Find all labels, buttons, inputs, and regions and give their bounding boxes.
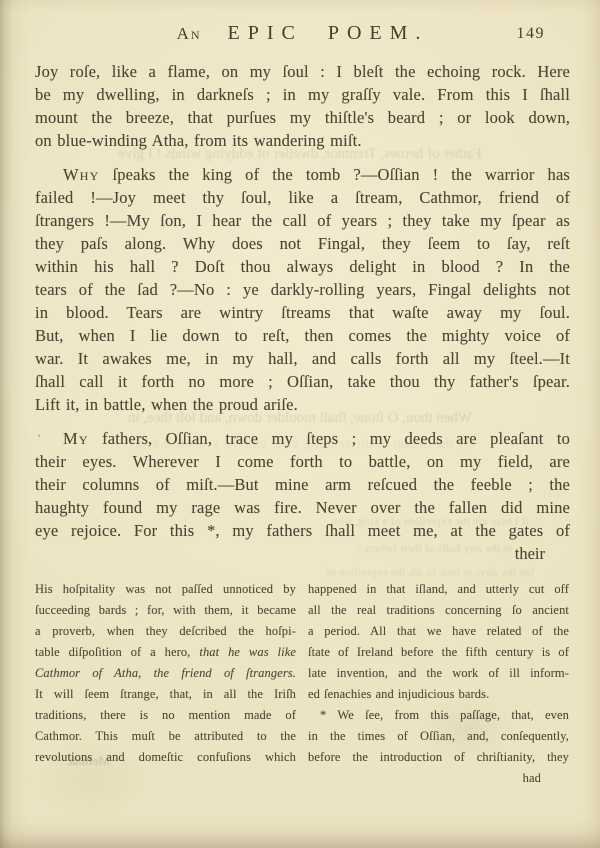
text-line: Joy roſe, like a flame, on my ſoul : I b… xyxy=(35,60,570,83)
text-line: traditions, there is no mention made of xyxy=(35,705,296,726)
text-line: their eyes. Wherever I come forth to bat… xyxy=(35,450,570,473)
text-line: tears of the ſad ?—No : ye darkly-rollin… xyxy=(35,278,570,301)
lead-word: Why xyxy=(63,165,100,184)
text-line: on blue-winding Atha, from its wandering… xyxy=(35,129,570,152)
text-line: Cathmor of Atha, the friend of ſtrangers… xyxy=(35,663,296,684)
main-text: Joy roſe, like a flame, on my ſoul : I b… xyxy=(35,60,570,542)
text-run: revolutions and domeſtic confuſions whic… xyxy=(35,750,296,764)
text-line: in blood. Tears are wintry ſtreams that … xyxy=(35,301,570,324)
text-run: in blood. Tears are wintry ſtreams that … xyxy=(35,303,570,322)
footnote-column-left: His hoſpitality was not paſſed unnoticed… xyxy=(35,579,296,789)
paragraph: Why ſpeaks the king of the tomb ?—Oſſian… xyxy=(35,163,570,416)
text-line: Why ſpeaks the king of the tomb ?—Oſſian… xyxy=(35,163,570,186)
text-run: had xyxy=(523,771,541,785)
text-run: ſucceeding bards ; for, with them, it be… xyxy=(35,603,296,617)
text-line: It will ſeem ſtrange, that, in all the I… xyxy=(35,684,296,705)
text-run: their eyes. Wherever I come forth to bat… xyxy=(35,452,570,471)
text-run: haughty found my rage was fire. Never ov… xyxy=(35,498,570,517)
text-run: traditions, there is no mention made of xyxy=(35,708,296,722)
text-line: ſtate of Ireland before the fifth centur… xyxy=(308,642,569,663)
text-run: happened in that iſland, and utterly cut… xyxy=(308,582,569,596)
text-line: their columns of miſt.—But mine arm reſc… xyxy=(35,473,570,496)
text-line: eye rejoice. For this *, my fathers ſhal… xyxy=(35,519,570,542)
text-run: war. It awakes me, in my hall, and calls… xyxy=(35,349,570,368)
text-line: be my dwelling, in darkneſs ; in my graſ… xyxy=(35,83,570,106)
header-article: An xyxy=(177,24,202,43)
text-run: they paſs along. Why does not Fingal, th… xyxy=(35,234,570,253)
text-line: table diſpoſition of a hero, that he was… xyxy=(35,642,296,663)
text-line: 'My fathers, Oſſian, trace my ſteps ; my… xyxy=(35,427,570,450)
text-line: Cathmor. This muſt be attributed to the xyxy=(35,726,296,747)
text-line: war. It awakes me, in my hall, and calls… xyxy=(35,347,570,370)
text-line: ſucceeding bards ; for, with them, it be… xyxy=(35,600,296,621)
catchword: had xyxy=(308,768,569,789)
text-run: mount the breeze, that purſues my thiſtl… xyxy=(35,108,570,127)
text-line: Lift it, in battle, when the proud ariſe… xyxy=(35,393,570,416)
text-line: ed ſenachies and injudicious bards. xyxy=(308,684,569,705)
italic-phrase: Cathmor of Atha, the friend of ſtrangers… xyxy=(35,666,296,680)
page-title: EPIC POEM. xyxy=(228,22,429,44)
text-line: mount the breeze, that purſues my thiſtl… xyxy=(35,106,570,129)
text-run: ſtate of Ireland before the fifth centur… xyxy=(308,645,569,659)
text-run: within his hall ? Doſt thou always delig… xyxy=(35,257,570,276)
text-run: late invention, and the work of ill info… xyxy=(308,666,569,680)
text-run: tears of the ſad ?—No : ye darkly-rollin… xyxy=(35,280,570,299)
text-line: a period. All that we have related of th… xyxy=(308,621,569,642)
text-line: all the real traditions concerning ſo an… xyxy=(308,600,569,621)
text-line: happened in that iſland, and utterly cut… xyxy=(308,579,569,600)
text-run: * We ſee, from this paſſage, that, even xyxy=(320,708,569,722)
text-line: they paſs along. Why does not Fingal, th… xyxy=(35,232,570,255)
text-line: ſtrangers !—My ſon, I hear the call of y… xyxy=(35,209,570,232)
text-line: But, when I lie down to reſt, then comes… xyxy=(35,324,570,347)
running-header: AnEPIC POEM. 149 xyxy=(35,22,570,52)
text-line: before the introduction of chriſtianity,… xyxy=(308,747,569,768)
text-line: in the times of Oſſian, and, conſequentl… xyxy=(308,726,569,747)
text-run: His hoſpitality was not paſſed unnoticed… xyxy=(35,582,296,596)
text-run: on blue-winding Atha, from its wandering… xyxy=(35,131,362,150)
text-run: ſhall call it forth no more ; Oſſian, ta… xyxy=(35,372,570,391)
page-number: 149 xyxy=(517,25,546,43)
text-run: be my dwelling, in darkneſs ; in my graſ… xyxy=(35,85,570,104)
text-run: table diſpoſition of a hero, xyxy=(35,645,199,659)
italic-phrase: that he was like xyxy=(199,645,296,659)
text-run: in the times of Oſſian, and, conſequentl… xyxy=(308,729,569,743)
text-run: a period. All that we have related of th… xyxy=(308,624,569,638)
text-run: But, when I lie down to reſt, then comes… xyxy=(35,326,570,345)
footnote-column-right: happened in that iſland, and utterly cut… xyxy=(308,579,569,789)
ink-speck: ' xyxy=(38,427,40,450)
paragraph: 'My fathers, Oſſian, trace my ſteps ; my… xyxy=(35,427,570,542)
text-line: haughty found my rage was fire. Never ov… xyxy=(35,496,570,519)
footnotes: His hoſpitality was not paſſed unnoticed… xyxy=(35,579,570,789)
lead-word: My xyxy=(63,429,89,448)
text-run: Joy roſe, like a flame, on my ſoul : I b… xyxy=(35,62,570,81)
text-run: ſtrangers !—My ſon, I hear the call of y… xyxy=(35,211,570,230)
catchword: their xyxy=(35,542,570,565)
text-run: their columns of miſt.—But mine arm reſc… xyxy=(35,475,570,494)
text-block: AnEPIC POEM. 149 Joy roſe, like a flame,… xyxy=(35,22,570,789)
text-line: failed !—Joy meet thy ſoul, like a ſtrea… xyxy=(35,186,570,209)
text-run: failed !—Joy meet thy ſoul, like a ſtrea… xyxy=(35,188,570,207)
book-page: AnEPIC POEM. 149 Joy roſe, like a flame,… xyxy=(0,0,600,848)
text-run: before the introduction of chriſtianity,… xyxy=(308,750,569,764)
text-line: His hoſpitality was not paſſed unnoticed… xyxy=(35,579,296,600)
text-run: a proverb, when they deſcribed the hoſpi… xyxy=(35,624,296,638)
paragraph: Joy roſe, like a flame, on my ſoul : I b… xyxy=(35,60,570,152)
text-line: a proverb, when they deſcribed the hoſpi… xyxy=(35,621,296,642)
text-run: fathers, Oſſian, trace my ſteps ; my dee… xyxy=(89,429,570,448)
text-run: eye rejoice. For this *, my fathers ſhal… xyxy=(35,521,570,540)
text-line: * We ſee, from this paſſage, that, even xyxy=(308,705,569,726)
text-run: all the real traditions concerning ſo an… xyxy=(308,603,569,617)
text-line: revolutions and domeſtic confuſions whic… xyxy=(35,747,296,768)
text-line: late invention, and the work of ill info… xyxy=(308,663,569,684)
text-run: Cathmor. This muſt be attributed to the xyxy=(35,729,296,743)
text-run: Lift it, in battle, when the proud ariſe… xyxy=(35,395,298,414)
text-run: ed ſenachies and injudicious bards. xyxy=(308,687,489,701)
text-line: ſhall call it forth no more ; Oſſian, ta… xyxy=(35,370,570,393)
text-line: within his hall ? Doſt thou always delig… xyxy=(35,255,570,278)
text-run: It will ſeem ſtrange, that, in all the I… xyxy=(35,687,296,701)
text-run: ſpeaks the king of the tomb ?—Oſſian ! t… xyxy=(100,165,570,184)
